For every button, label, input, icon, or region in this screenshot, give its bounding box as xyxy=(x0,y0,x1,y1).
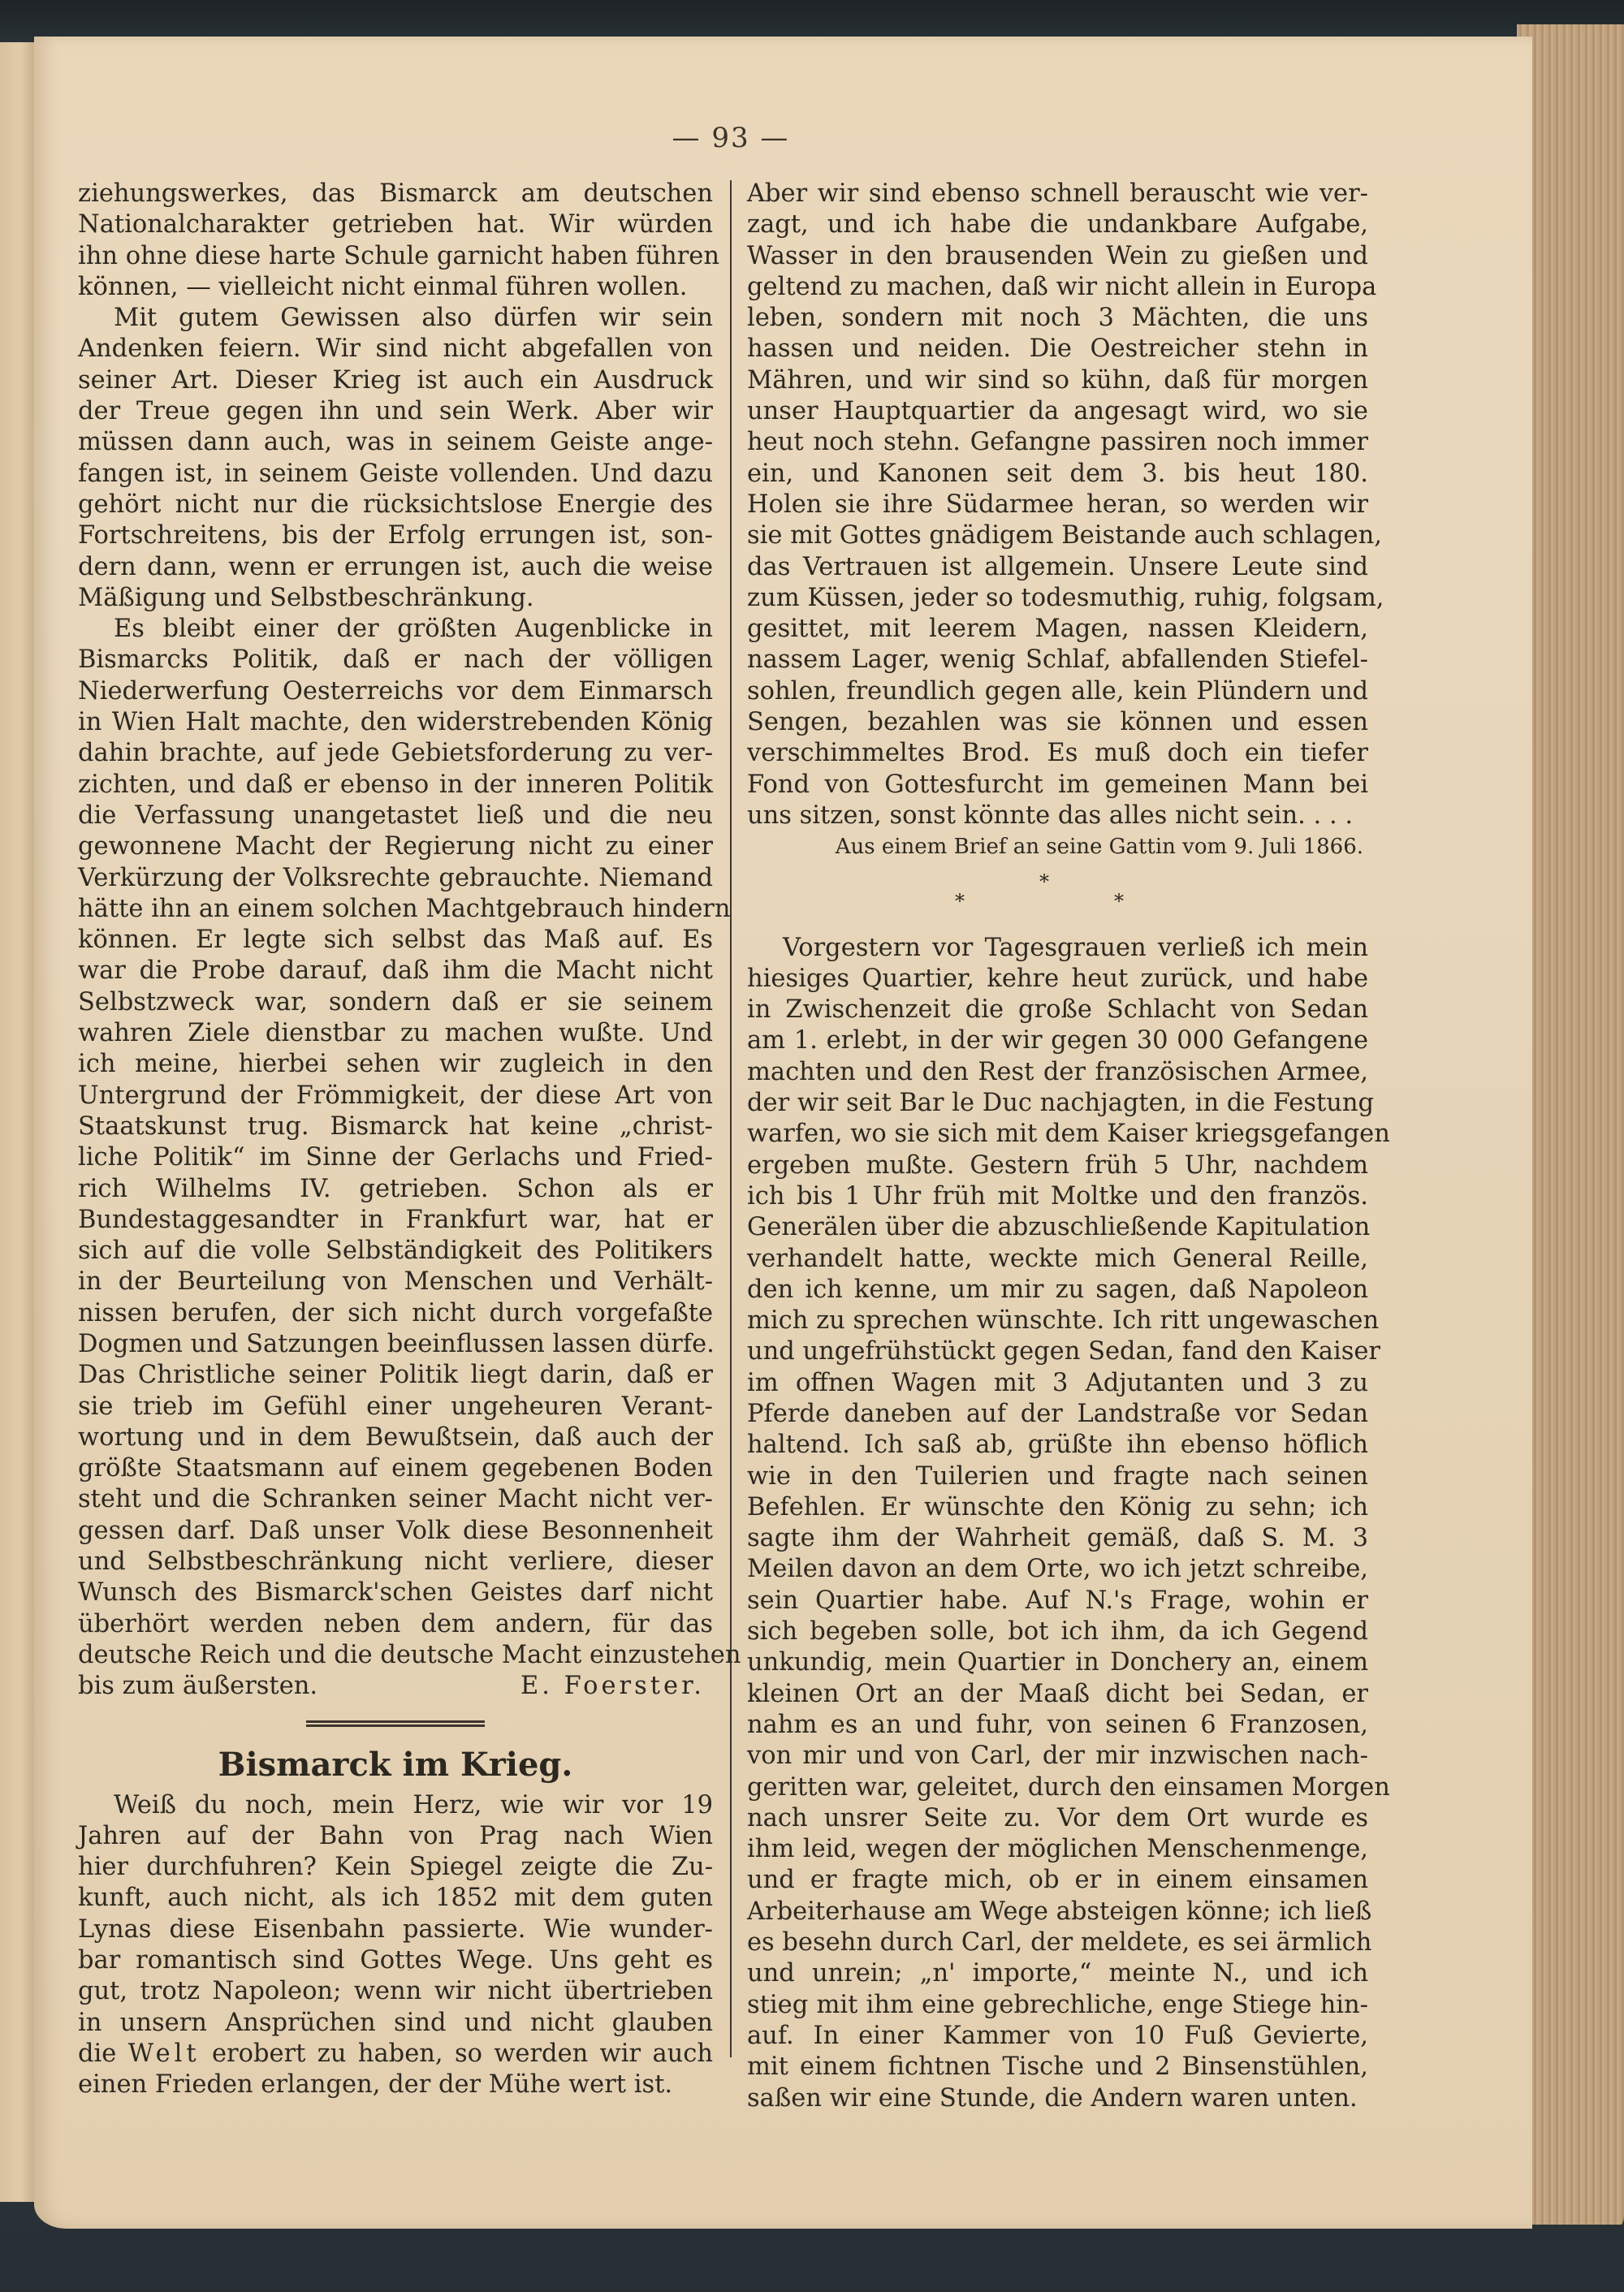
text-line: Lynas diese Eisenbahn passierte. Wie wun… xyxy=(78,1914,713,1945)
text-line: am 1. erlebt, in der wir gegen 30 000 Ge… xyxy=(747,1025,1368,1056)
text-line: sagte ihm der Wahrheit gemäß, daß S. M. … xyxy=(747,1523,1368,1554)
emphasized-word: Welt xyxy=(128,2039,201,2068)
asterism-separator: * * * xyxy=(747,863,1368,933)
text-line: ein, und Kanonen seit dem 3. bis heut 18… xyxy=(747,459,1368,490)
text-line: Andenken feiern. Wir sind nicht abgefall… xyxy=(78,334,713,365)
paragraph: Vorgestern vor Tagesgrauen verließ ich m… xyxy=(747,933,1368,2083)
text-line: Aber wir sind ebenso schnell berauscht w… xyxy=(747,179,1368,209)
text-line: warfen, wo sie sich mit dem Kaiser krieg… xyxy=(747,1119,1368,1150)
text-line: Dogmen und Satzungen beeinflussen lassen… xyxy=(78,1329,713,1360)
text-line: Bismarcks Politik, daß er nach der völli… xyxy=(78,645,713,676)
text-line: von mir und von Carl, der mir inzwischen… xyxy=(747,1741,1368,1772)
text-line: Niederwerfung Oesterreichs vor dem Einma… xyxy=(78,676,713,707)
text-line: steht und die Schranken seiner Macht nic… xyxy=(78,1484,713,1515)
article-title: Bismarck im Krieg. xyxy=(78,1742,713,1789)
text-line: dahin brachte, auf jede Gebietsforderung… xyxy=(78,738,713,769)
text-line: und ungefrühstückt gegen Sedan, fand den… xyxy=(747,1336,1368,1367)
text-line: kleinen Ort an der Maaß dicht bei Sedan,… xyxy=(747,1679,1368,1710)
text-line: auf. In einer Kammer von 10 Fuß Gevierte… xyxy=(747,2021,1368,2052)
text-line: einen Frieden erlangen, der der Mühe wer… xyxy=(78,2070,713,2100)
text-line: wahren Ziele dienstbar zu machen wußte. … xyxy=(78,1018,713,1049)
text-line: leben, sondern mit noch 3 Mächten, die u… xyxy=(747,303,1368,334)
asterisk: * xyxy=(955,886,965,917)
text-line: hätte ihn an einem solchen Machtgebrauch… xyxy=(78,894,713,925)
text-line: sie trieb im Gefühl einer ungeheuren Ver… xyxy=(78,1392,713,1422)
text-line: das Vertrauen ist allgemein. Unsere Leut… xyxy=(747,552,1368,583)
text-line: Pferde daneben auf der Landstraße vor Se… xyxy=(747,1399,1368,1430)
text-line: den ich kenne, um mir zu sagen, daß Napo… xyxy=(747,1275,1368,1306)
text-line: es besehn durch Carl, der meldete, es se… xyxy=(747,1927,1368,1958)
text-line: Wunsch des Bismarck'schen Geistes darf n… xyxy=(78,1578,713,1608)
text-line: Sengen, bezahlen was sie können und esse… xyxy=(747,707,1368,738)
text-line: machten und den Rest der französischen A… xyxy=(747,1057,1368,1088)
text-line: Nationalcharakter getrieben hat. Wir wür… xyxy=(78,209,713,240)
paragraph: Weiß du noch, mein Herz, wie wir vor 19J… xyxy=(78,1790,713,2039)
text-line: hiesiges Quartier, kehre heut zurück, un… xyxy=(747,964,1368,995)
paragraph: Mit gutem Gewissen also dürfen wir seinA… xyxy=(78,303,713,614)
text-line: geritten war, geleitet, durch den einsam… xyxy=(747,1772,1368,1803)
text-line: Holen sie ihre Südarmee heran, so werden… xyxy=(747,490,1368,520)
previous-page-edge xyxy=(0,42,34,2202)
text-line: zichten, und daß er ebenso in der innere… xyxy=(78,770,713,801)
text-line: Vorgestern vor Tagesgrauen verließ ich m… xyxy=(747,933,1368,964)
text-line: stieg mit ihm eine gebrechliche, enge St… xyxy=(747,1990,1368,2021)
text-line: ergeben mußte. Gestern früh 5 Uhr, nachd… xyxy=(747,1150,1368,1181)
text-line: können. Er legte sich selbst das Maß auf… xyxy=(78,925,713,956)
paragraph: ziehungswerkes, das Bismarck am deutsche… xyxy=(78,179,713,303)
text-line: und Selbstbeschränkung nicht verliere, d… xyxy=(78,1547,713,1578)
text-line: haltend. Ich saß ab, grüßte ihn ebenso h… xyxy=(747,1430,1368,1461)
page-block-edge xyxy=(1517,24,1624,2233)
text-line: Untergrund der Frömmigkeit, der diese Ar… xyxy=(78,1081,713,1111)
double-rule-separator xyxy=(306,1720,485,1727)
text-line: in Zwischenzeit die große Schlacht von S… xyxy=(747,995,1368,1025)
text-line: Befehlen. Er wünschte den König zu sehn;… xyxy=(747,1492,1368,1523)
text-line: und er fragte mich, ob er in einem einsa… xyxy=(747,1865,1368,1896)
text-line: der wir seit Bar le Duc nachjagten, in d… xyxy=(747,1088,1368,1119)
text-line: Mit gutem Gewissen also dürfen wir sein xyxy=(78,303,713,334)
paragraph: Es bleibt einer der größten Augenblicke … xyxy=(78,614,713,1671)
text-line: Verkürzung der Volksrechte gebrauchte. N… xyxy=(78,863,713,894)
text-line: unser Hauptquartier da angesagt wird, wo… xyxy=(747,396,1368,427)
text-line: größte Staatsmann auf einem gegebenen Bo… xyxy=(78,1453,713,1484)
text-line: fangen ist, in seinem Geiste vollenden. … xyxy=(78,459,713,490)
asterisk: * xyxy=(1114,886,1124,917)
text-line: gewonnene Macht der Regierung nicht zu e… xyxy=(78,831,713,862)
text-line: sich begeben solle, bot ich ihm, da ich … xyxy=(747,1616,1368,1647)
source-citation: Aus einem Brief an seine Gattin vom 9. J… xyxy=(747,831,1368,862)
text-line: wortung und in dem Bewußtsein, daß auch … xyxy=(78,1422,713,1453)
text-line: Bundestaggesandter in Frankfurt war, hat… xyxy=(78,1205,713,1236)
text-line: Fond von Gottesfurcht im gemeinen Mann b… xyxy=(747,770,1368,801)
text-line: in unsern Ansprüchen sind und nicht glau… xyxy=(78,2008,713,2039)
text-line: in Wien Halt machte, den widerstrebenden… xyxy=(78,707,713,738)
text-line: zum Küssen, jeder so todesmuthig, ruhig,… xyxy=(747,583,1368,614)
text-line: saßen wir eine Stunde, die Andern waren … xyxy=(747,2083,1368,2114)
text-line: rich Wilhelms IV. getrieben. Schon als e… xyxy=(78,1174,713,1205)
text-line: müssen dann auch, was in seinem Geiste a… xyxy=(78,427,713,458)
text-line: nassem Lager, wenig Schlaf, abfallenden … xyxy=(747,645,1368,676)
text-line: Meilen davon an dem Orte, wo ich jetzt s… xyxy=(747,1554,1368,1585)
text-line: dern dann, wenn er errungen ist, auch di… xyxy=(78,552,713,583)
text-line: gesittet, mit leerem Magen, nassen Kleid… xyxy=(747,614,1368,645)
text-line: gehört nicht nur die rücksichtslose Ener… xyxy=(78,490,713,520)
text-line: die Verfassung unangetastet ließ und die… xyxy=(78,801,713,831)
text-line: liche Politik“ im Sinne der Gerlachs und… xyxy=(78,1142,713,1173)
text-line: Das Christliche seiner Politik liegt dar… xyxy=(78,1360,713,1391)
text-line: ich bis 1 Uhr früh mit Moltke und den fr… xyxy=(747,1181,1368,1212)
column-divider xyxy=(730,180,732,2057)
text-line: war die Probe darauf, daß ihm die Macht … xyxy=(78,956,713,986)
text-line: überhört werden neben dem andern, für da… xyxy=(78,1609,713,1640)
text-line: können, — vielleicht nicht einmal führen… xyxy=(78,272,713,303)
signature-line: bis zum äußersten. E. Foerster. xyxy=(78,1671,713,1702)
text-line: wie in den Tuilerien und fragte nach sei… xyxy=(747,1461,1368,1492)
text-line: uns sitzen, sonst könnte das alles nicht… xyxy=(747,801,1368,831)
left-column: ziehungswerkes, das Bismarck am deutsche… xyxy=(78,179,713,2101)
text-line: im offnen Wagen mit 3 Adjutanten und 3 z… xyxy=(747,1368,1368,1399)
text-line: sie mit Gottes gnädigem Beistande auch s… xyxy=(747,520,1368,551)
text-line: nissen berufen, der sich nicht durch vor… xyxy=(78,1298,713,1329)
text-line: hier durchfuhren? Kein Spiegel zeigte di… xyxy=(78,1852,713,1883)
text-line: hassen und neiden. Die Oestreicher stehn… xyxy=(747,334,1368,365)
text-line: Mähren, und wir sind so kühn, daß für mo… xyxy=(747,365,1368,396)
paragraph-last-line: bis zum äußersten. xyxy=(78,1671,317,1702)
text-line: Weiß du noch, mein Herz, wie wir vor 19 xyxy=(78,1790,713,1821)
text-line: nahm es an und fuhr, von seinen 6 Franzo… xyxy=(747,1710,1368,1741)
text-line: heut noch stehn. Gefangne passiren noch … xyxy=(747,427,1368,458)
text-line: sein Quartier habe. Auf N.'s Frage, wohi… xyxy=(747,1586,1368,1616)
text-line: verhandelt hatte, weckte mich General Re… xyxy=(747,1244,1368,1275)
text-line: seiner Art. Dieser Krieg ist auch ein Au… xyxy=(78,365,713,396)
text-line: Mäßigung und Selbstbeschränkung. xyxy=(78,583,713,614)
text-line: ich meine, hierbei sehen wir zugleich in… xyxy=(78,1049,713,1080)
text-line: Wasser in den brausenden Wein zu gießen … xyxy=(747,241,1368,272)
text-line: geltend zu machen, daß wir nicht allein … xyxy=(747,272,1368,303)
author-signature: E. Foerster. xyxy=(520,1671,713,1702)
text-line: der Treue gegen ihn und sein Werk. Aber … xyxy=(78,396,713,427)
text-line: in der Beurteilung von Menschen und Verh… xyxy=(78,1267,713,1297)
text-line: gessen darf. Daß unser Volk diese Besonn… xyxy=(78,1516,713,1547)
text-line: ihn ohne diese harte Schule garnicht hab… xyxy=(78,241,713,272)
text-line: nach unsrer Seite zu. Vor dem Ort wurde … xyxy=(747,1803,1368,1834)
text-line: ihm leid, wegen der möglichen Menschenme… xyxy=(747,1834,1368,1865)
page-number: — 93 — xyxy=(633,122,828,154)
text-line: Es bleibt einer der größten Augenblicke … xyxy=(78,614,713,645)
text-line: Jahren auf der Bahn von Prag nach Wien xyxy=(78,1821,713,1852)
text-line: Arbeiterhause am Wege absteigen könne; i… xyxy=(747,1897,1368,1927)
paragraph: Aber wir sind ebenso schnell berauscht w… xyxy=(747,179,1368,801)
text-line: zagt, und ich habe die undankbare Aufgab… xyxy=(747,209,1368,240)
text-line: sohlen, freundlich gegen alle, kein Plün… xyxy=(747,676,1368,707)
text-line: Staatskunst trug. Bismarck hat keine „ch… xyxy=(78,1111,713,1142)
text-line: unkundig, mein Quartier in Donchery an, … xyxy=(747,1647,1368,1678)
text-line: kunft, auch nicht, als ich 1852 mit dem … xyxy=(78,1883,713,1914)
text-line: sich auf die volle Selbständigkeit des P… xyxy=(78,1236,713,1267)
book-cover-bottom xyxy=(0,2225,1624,2292)
text-line: verschimmeltes Brod. Es muß doch ein tie… xyxy=(747,738,1368,769)
text-line: deutsche Reich und die deutsche Macht ei… xyxy=(78,1640,713,1671)
text-line: bar romantisch sind Gottes Wege. Uns geh… xyxy=(78,1945,713,1976)
asterisk: * xyxy=(1039,866,1049,897)
text-line: und unrein; „n' importe,“ meinte N., und… xyxy=(747,1958,1368,1989)
right-column: Aber wir sind ebenso schnell berauscht w… xyxy=(747,179,1368,2114)
text-line: Generälen über die abzuschließende Kapit… xyxy=(747,1212,1368,1243)
text-line: mit einem fichtnen Tische und 2 Binsenst… xyxy=(747,2052,1368,2083)
text-line: mich zu sprechen wünschte. Ich ritt unge… xyxy=(747,1306,1368,1336)
text-line: gut, trotz Napoleon; wenn wir nicht über… xyxy=(78,1976,713,2007)
text-line: ziehungswerkes, das Bismarck am deutsche… xyxy=(78,179,713,209)
text-line: Selbstzweck war, sondern daß er sie sein… xyxy=(78,987,713,1018)
text-line: die Welt erobert zu haben, so werden wir… xyxy=(78,2039,713,2070)
text-line: Fortschreitens, bis der Erfolg errungen … xyxy=(78,520,713,551)
